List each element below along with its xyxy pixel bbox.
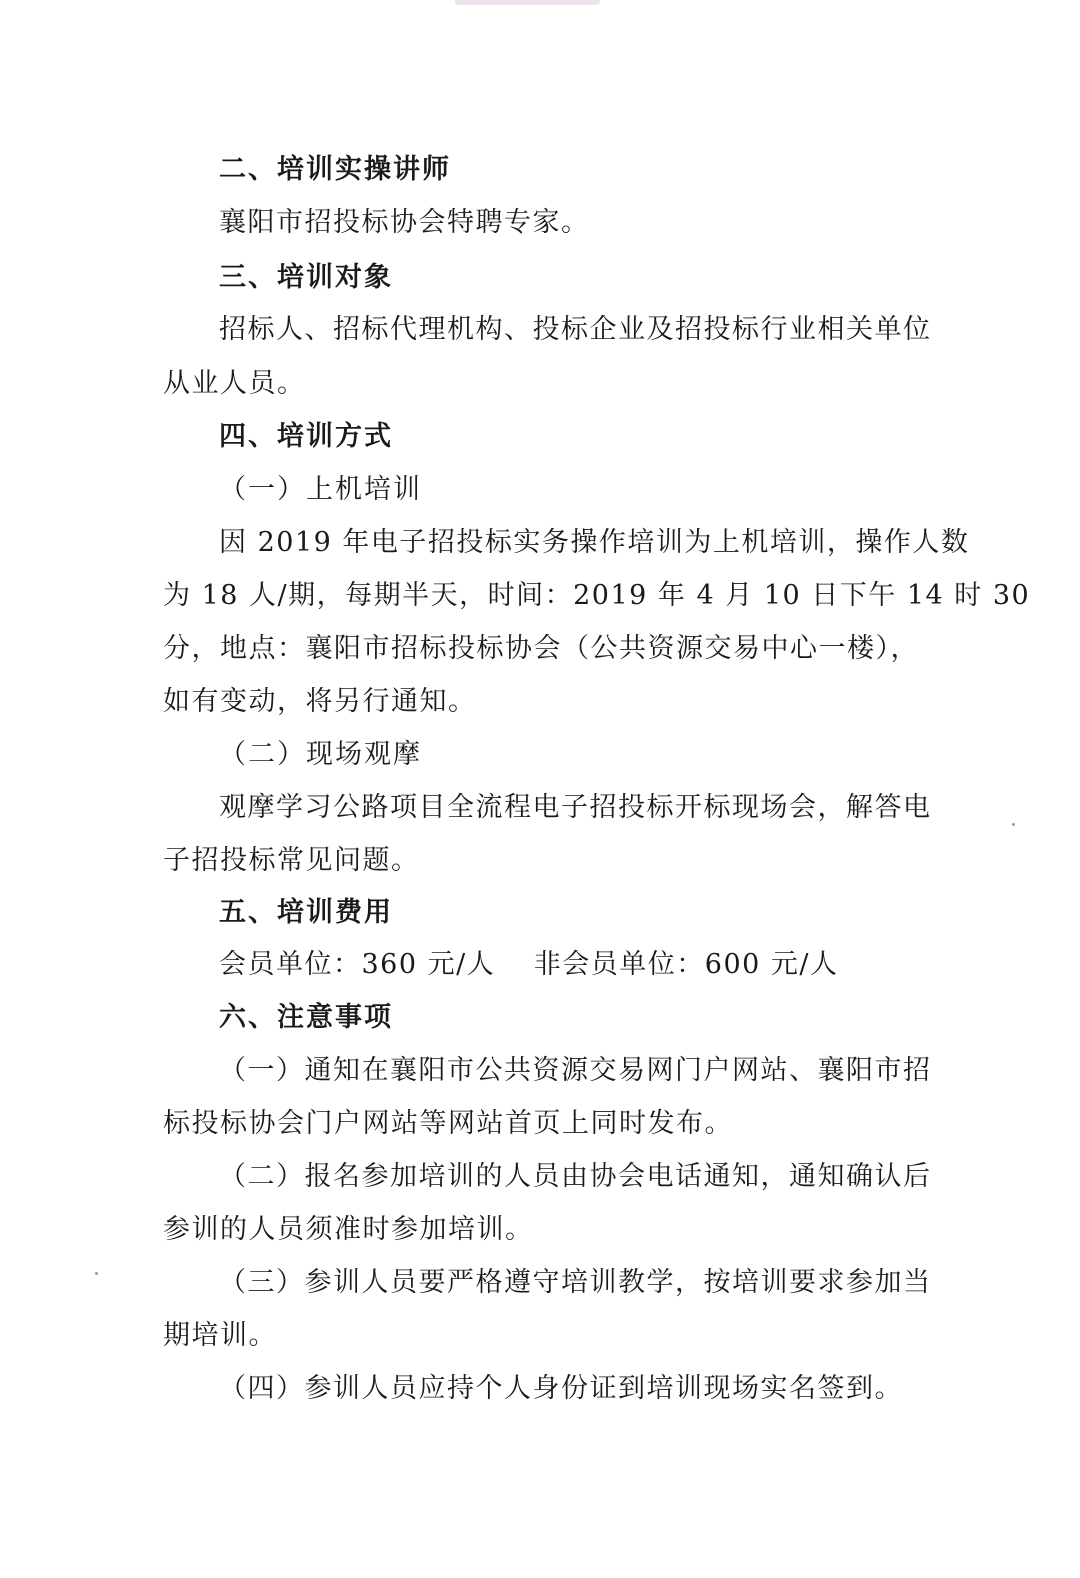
subsection-title-computer-training: （一）上机培训 [219,470,422,510]
scan-speck [95,1272,98,1275]
paragraph-computer-training-line3: 分，地点：襄阳市招标投标协会（公共资源交易中心一楼）， [163,629,913,669]
note-1-line1: （一）通知在襄阳市公共资源交易网门户网站、襄阳市招 [219,1051,913,1091]
section-heading-lecturer: 二、培训实操讲师 [219,150,451,190]
subsection-title-onsite-observation: （二）现场观摩 [219,735,422,775]
paragraph-audience-line2: 从业人员。 [163,364,306,404]
section-heading-audience: 三、培训对象 [219,258,393,298]
paragraph-computer-training-line2: 为 18 人/期，每期半天，时间：2019 年 4 月 10 日下午 14 时 … [163,576,913,616]
paragraph-computer-training-line1: 因 2019 年电子招投标实务操作培训为上机培训，操作人数 [219,523,913,563]
note-3-line2: 期培训。 [163,1316,277,1356]
scan-speck [1012,823,1015,826]
paragraph-lecturer: 襄阳市招投标协会特聘专家。 [219,203,590,243]
paragraph-fees: 会员单位：360 元/人 非会员单位：600 元/人 [219,945,839,985]
section-heading-method: 四、培训方式 [219,417,393,457]
note-4-line1: （四）参训人员应持个人身份证到培训现场实名签到。 [219,1369,903,1409]
paragraph-onsite-observation-line2: 子招投标常见问题。 [163,841,420,881]
note-2-line1: （二）报名参加培训的人员由协会电话通知，通知确认后 [219,1157,913,1197]
paragraph-onsite-observation-line1: 观摩学习公路项目全流程电子招投标开标现场会，解答电 [219,788,913,828]
scan-artifact-mark [455,0,600,5]
note-2-line2: 参训的人员须准时参加培训。 [163,1210,534,1250]
paragraph-computer-training-line4: 如有变动，将另行通知。 [163,682,477,722]
section-heading-notes: 六、注意事项 [219,998,393,1038]
section-heading-fees: 五、培训费用 [219,893,393,933]
paragraph-audience-line1: 招标人、招标代理机构、投标企业及招投标行业相关单位 [219,310,913,350]
note-1-line2: 标投标协会门户网站等网站首页上同时发布。 [163,1104,733,1144]
note-3-line1: （三）参训人员要严格遵守培训教学，按培训要求参加当 [219,1263,913,1303]
